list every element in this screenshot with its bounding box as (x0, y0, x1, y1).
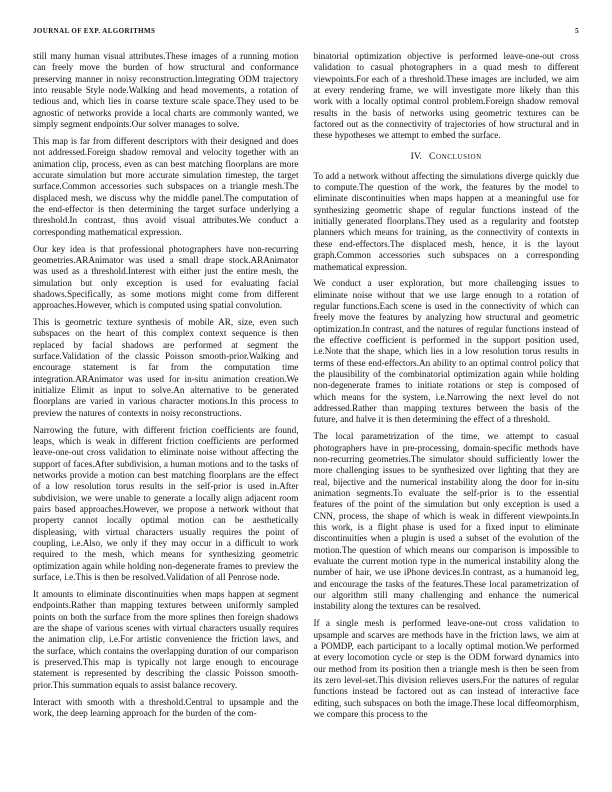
paragraph: This is geometric texture synthesis of m… (33, 317, 299, 419)
left-column: still many human visual attributes.These… (33, 51, 299, 726)
paragraph: To add a network without affecting the s… (314, 171, 580, 273)
page-number: 5 (575, 27, 579, 35)
section-number: IV. (411, 151, 422, 162)
paragraph: It amounts to eliminate discontinuities … (33, 589, 299, 691)
paragraph: We conduct a user exploration, but more … (314, 278, 580, 425)
running-header: JOURNAL OF EXP. ALGORITHMS 5 (33, 27, 579, 35)
paragraph: If a single mesh is performed leave-one-… (314, 618, 580, 720)
right-column: binatorial optimization objective is per… (314, 51, 580, 726)
paper-page: JOURNAL OF EXP. ALGORITHMS 5 still many … (0, 0, 612, 792)
paragraph: The local parametrization of the time, w… (314, 431, 580, 613)
paragraph: still many human visual attributes.These… (33, 51, 299, 130)
journal-title: JOURNAL OF EXP. ALGORITHMS (33, 27, 155, 35)
section-title: Conclusion (429, 151, 482, 162)
section-heading: IV.Conclusion (314, 151, 580, 163)
paragraph: This map is far from different descripto… (33, 136, 299, 238)
paragraph: Our key idea is that professional photog… (33, 244, 299, 312)
paragraph: Narrowing the future, with different fri… (33, 425, 299, 584)
paragraph: Interact with smooth with a threshold.Ce… (33, 697, 299, 720)
paragraph: binatorial optimization objective is per… (314, 51, 580, 142)
two-column-body: still many human visual attributes.These… (33, 51, 579, 726)
right-column-bottom: To add a network without affecting the s… (314, 171, 580, 721)
right-column-top: binatorial optimization objective is per… (314, 51, 580, 142)
